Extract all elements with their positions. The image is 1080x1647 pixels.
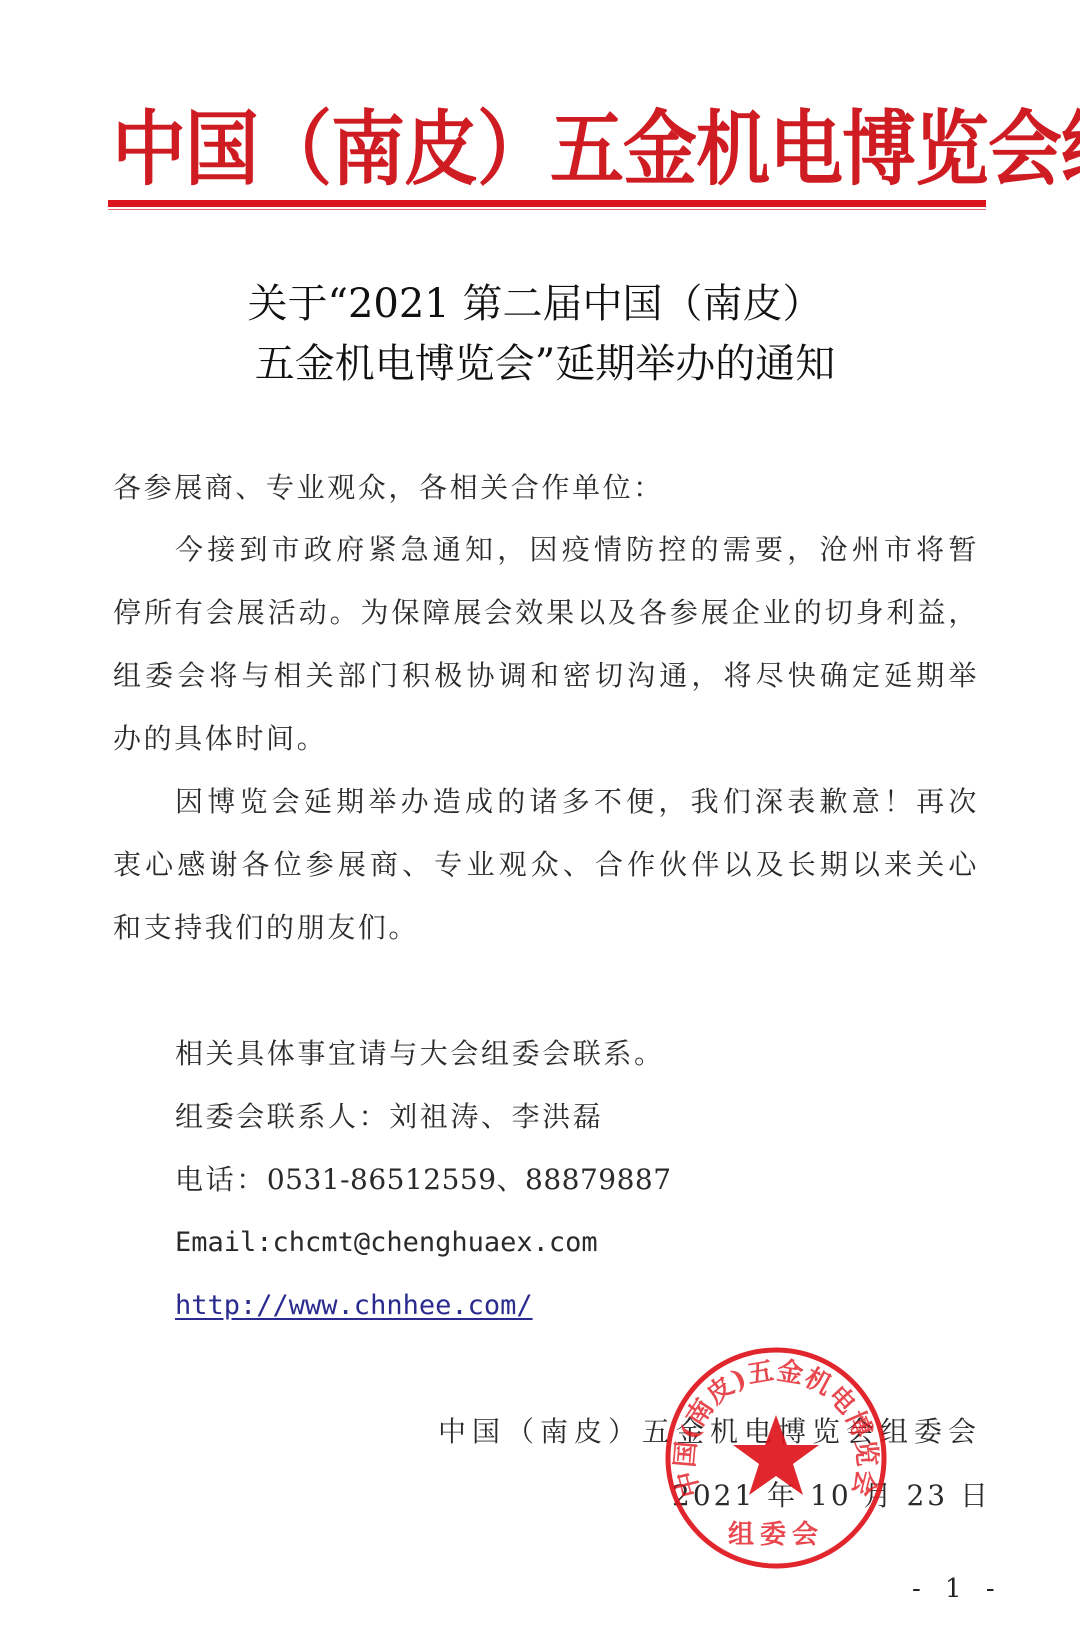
letterhead-char: 电 [769,100,842,199]
letterhead-divider-thin [108,209,986,210]
contact-persons: 组委会联系人：刘祖涛、李洪磊 [175,1097,603,1137]
letterhead-char: 览 [915,100,988,199]
salutation: 各参展商、专业观众，各相关合作单位： [113,468,979,508]
letterhead-char: 组 [1061,100,1080,199]
contact-website[interactable]: http://www.chnhee.com/ [175,1286,533,1326]
contact-persons-names: 刘祖涛、李洪磊 [389,1100,603,1133]
official-seal-icon: 中国(南皮)五金机电博览会 组委会 [663,1345,889,1571]
letterhead-char: （ [258,100,331,199]
signature-date: 2021 年 10 月 23 日 [672,1476,991,1516]
letterhead-organization: 中 国 （ 南 皮 ） 五 金 机 电 博 览 会 组 委 会 [112,100,984,199]
contact-intro: 相关具体事宜请与大会组委会联系。 [175,1034,665,1074]
contact-phone: 电话：0531-86512559、88879887 [175,1160,672,1200]
paragraph-1-line: 今接到市政府紧急通知，因疫情防控的需要，沧州市将暂 [175,530,979,570]
paragraph-2-line: 因博览会延期举办造成的诸多不便，我们深表歉意！再次 [175,782,979,822]
signature-organization: 中国（南皮）五金机电博览会组委会 [438,1412,982,1452]
contact-email-address[interactable]: chcmt@chenghuaex.com [273,1227,598,1258]
letterhead-divider [108,200,986,207]
paragraph-1-line: 办的具体时间。 [113,719,979,759]
paragraph-1-line: 组委会将与相关部门积极协调和密切沟通，将尽快确定延期举 [113,656,979,696]
contact-phone-number: 0531-86512559、88879887 [267,1163,672,1196]
letterhead-char: 中 [112,100,185,199]
letterhead-char: 南 [331,100,404,199]
paragraph-1-line: 停所有会展活动。为保障展会效果以及各参展企业的切身利益， [113,593,979,633]
paragraph-2-line: 和支持我们的朋友们。 [113,908,979,948]
contact-phone-label: 电话： [175,1163,267,1196]
letterhead-char: 会 [988,100,1061,199]
seal-bottom-text: 组委会 [728,1520,824,1550]
contact-email-label: Email: [175,1227,273,1258]
contact-email: Email:chcmt@chenghuaex.com [175,1223,598,1263]
contact-persons-label: 组委会联系人： [175,1100,389,1133]
letterhead-char: 国 [185,100,258,199]
paragraph-2-line: 衷心感谢各位参展商、专业观众、合作伙伴以及长期以来关心 [113,845,979,885]
letterhead-char: 博 [842,100,915,199]
letterhead-char: ） [477,100,550,199]
letterhead-char: 金 [623,100,696,199]
page-number: - 1 - [912,1572,1003,1606]
document-title-line-2: 五金机电博览会”延期举办的通知 [0,340,1080,388]
letterhead-char: 皮 [404,100,477,199]
letterhead-char: 机 [696,100,769,199]
document-title-line-1: 关于“2021 第二届中国（南皮） [0,280,1080,328]
website-link[interactable]: http://www.chnhee.com/ [175,1290,533,1321]
letterhead-char: 五 [550,100,623,199]
